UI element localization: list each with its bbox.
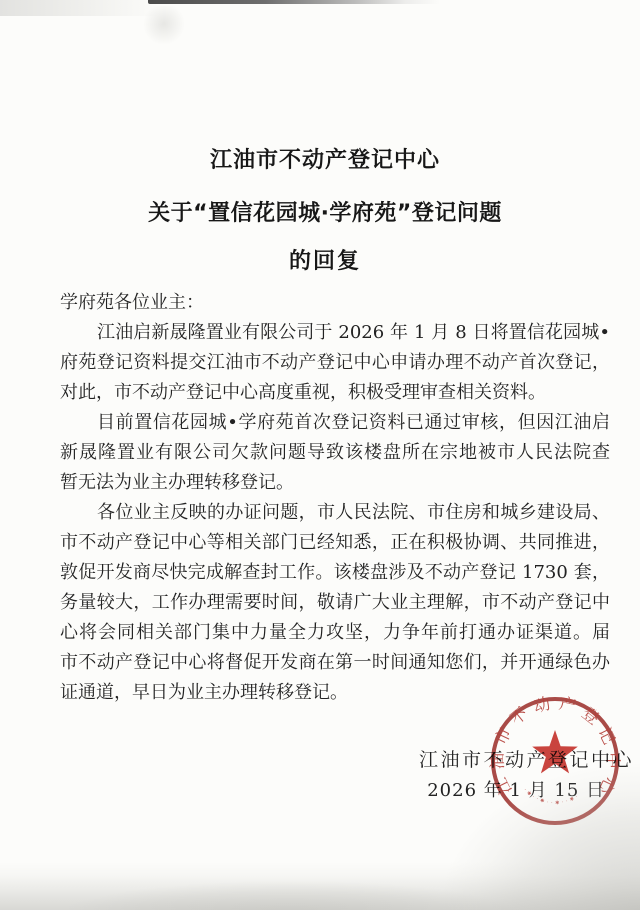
scan-shadow-bottom-band [0, 862, 640, 910]
scanned-document-page: 江油市不动产登记中心 关于“置信花园城·学府苑”登记问题 的回复 学府苑各位业主… [0, 0, 640, 910]
title-line-3: 的回复 [10, 244, 640, 275]
body-line: 学府苑各位业主： [60, 288, 610, 318]
body-line: 对此，市不动产登记中心高度重视，积极受理审查相关资料。 [60, 378, 610, 408]
body-line: 府苑登记资料提交江油市不动产登记中心申请办理不动产首次登记， [60, 348, 610, 378]
body-line: 江油启新晟隆置业有限公司于 2026 年 1 月 8 日将置信花园城•学 [60, 318, 610, 348]
body-line: 市不动产登记中心将督促开发商在第一时间通知您们，并开通绿色办 [60, 648, 610, 678]
body-line: 目前置信花园城•学府苑首次登记资料已通过审核，但因江油启 [60, 408, 610, 438]
body-line: 各位业主反映的办证问题，市人民法院、市住房和城乡建设局、 [60, 498, 610, 528]
scan-smudge-top-mid [140, 6, 200, 66]
scan-smudge-top-left [0, 0, 160, 16]
body-line: 暂无法为业主办理转移登记。 [60, 468, 610, 498]
body-line: 心将会同相关部门集中力量全力攻坚，力争年前打通办证渠道。届时， [60, 618, 610, 648]
scan-edge-line-top [148, 0, 440, 4]
title-line-1: 江油市不动产登记中心 [10, 143, 640, 174]
letter-body: 学府苑各位业主：江油启新晟隆置业有限公司于 2026 年 1 月 8 日将置信花… [60, 288, 610, 708]
body-line: 敦促开发商尽快完成解查封工作。该楼盘涉及不动产登记 1730 套，业 [60, 558, 610, 588]
body-line: 务量较大，工作办理需要时间，敬请广大业主理解，市不动产登记中 [60, 588, 610, 618]
body-line: 新晟隆置业有限公司欠款问题导致该楼盘所在宗地被市人民法院查封， [60, 438, 610, 468]
body-line: 市不动产登记中心等相关部门已经知悉，正在积极协调、共同推进， [60, 528, 610, 558]
title-line-2: 关于“置信花园城·学府苑”登记问题 [10, 196, 640, 227]
